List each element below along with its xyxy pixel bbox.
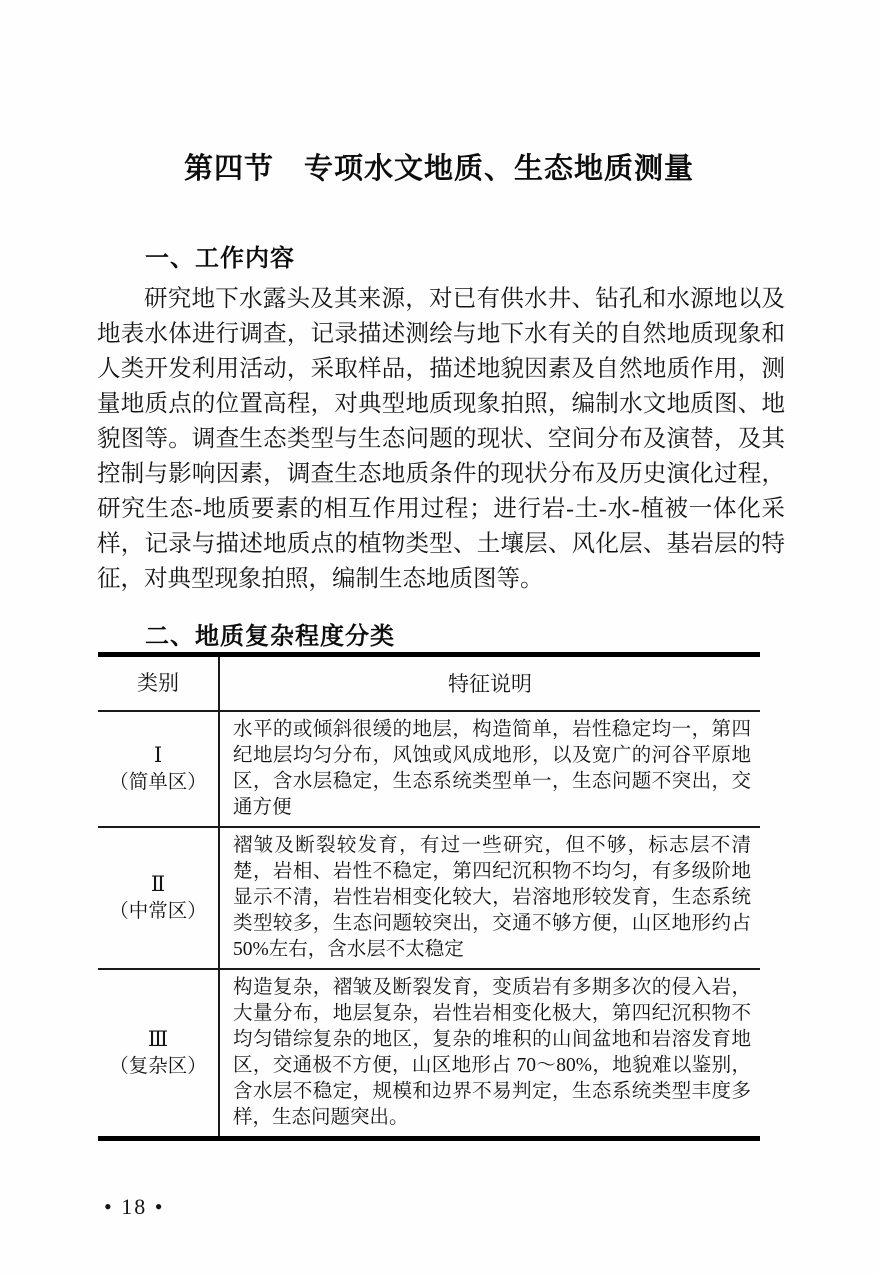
table-header-description: 特征说明	[218, 657, 760, 710]
zone-name: （中常区）	[109, 898, 207, 925]
grade-numeral: Ⅲ	[148, 1026, 168, 1053]
section2-heading: 二、地质复杂程度分类	[145, 616, 395, 651]
zone-name: （复杂区）	[109, 1053, 207, 1080]
table-header-category: 类别	[98, 657, 218, 710]
table-cell-category: Ⅰ （简单区）	[98, 712, 218, 826]
table-cell-description: 构造复杂，褶皱及断裂发育，变质岩有多期多次的侵入岩，大量分布，地层复杂，岩性岩相…	[218, 970, 760, 1136]
page-number: • 18 •	[104, 1194, 164, 1220]
section1-heading: 一、工作内容	[145, 238, 295, 273]
table-cell-category: Ⅲ （复杂区）	[98, 970, 218, 1136]
table-row-grade-3: Ⅲ （复杂区） 构造复杂，褶皱及断裂发育，变质岩有多期多次的侵入岩，大量分布，地…	[98, 968, 760, 1136]
table-header-row: 类别 特征说明	[98, 657, 760, 710]
section1-paragraph: 研究地下水露头及其来源，对已有供水井、钻孔和水源地以及地表水体进行调查，记录描述…	[97, 282, 785, 597]
grade-numeral: Ⅱ	[151, 871, 165, 898]
zone-name: （简单区）	[109, 769, 207, 796]
scanned-book-page: 第四节 专项水文地质、生态地质测量 一、工作内容 研究地下水露头及其来源，对已有…	[0, 0, 878, 1276]
page-title: 第四节 专项水文地质、生态地质测量	[0, 146, 878, 187]
table-cell-description: 水平的或倾斜很缓的地层，构造简单，岩性稳定均一，第四纪地层均匀分布，风蚀或风成地…	[218, 712, 760, 826]
complexity-classification-table: 类别 特征说明 Ⅰ （简单区） 水平的或倾斜很缓的地层，构造简单，岩性稳定均一，…	[98, 652, 760, 1141]
table-cell-description: 褶皱及断裂较发育，有过一些研究，但不够，标志层不清楚，岩相、岩性不稳定，第四纪沉…	[218, 828, 760, 968]
table-row-grade-1: Ⅰ （简单区） 水平的或倾斜很缓的地层，构造简单，岩性稳定均一，第四纪地层均匀分…	[98, 710, 760, 826]
table-row-grade-2: Ⅱ （中常区） 褶皱及断裂较发育，有过一些研究，但不够，标志层不清楚，岩相、岩性…	[98, 826, 760, 968]
table-cell-category: Ⅱ （中常区）	[98, 828, 218, 968]
grade-numeral: Ⅰ	[154, 742, 162, 769]
